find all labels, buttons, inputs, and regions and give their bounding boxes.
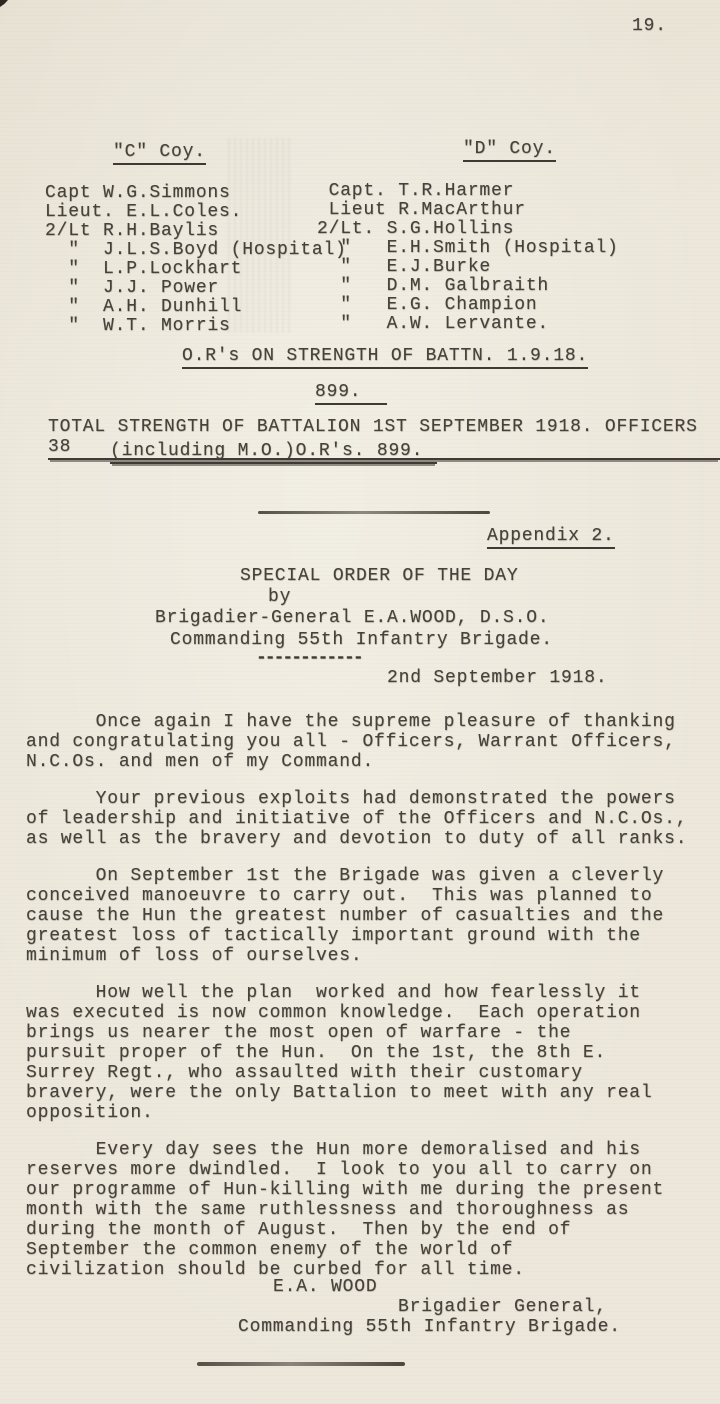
signature-unit: Commanding 55th Infantry Brigade.	[238, 1317, 621, 1337]
company-d-officer-list: Capt. T.R.Harmer Lieut R.MacArthur 2/Lt.…	[317, 182, 619, 334]
or-strength-total: 899.	[315, 382, 387, 405]
order-author-command: Commanding 55th Infantry Brigade.	[170, 630, 553, 650]
order-paragraph-5: Every day sees the Hun more demoralised …	[26, 1140, 716, 1280]
order-date: 2nd September 1918.	[387, 668, 607, 688]
order-paragraph-2: Your previous exploits had demonstrated …	[26, 789, 716, 849]
signature-name: E.A. WOOD	[273, 1277, 377, 1297]
section-divider-rule	[258, 511, 490, 514]
or-strength-heading: O.R's ON STRENGTH OF BATTN. 1.9.18.	[182, 346, 588, 369]
order-title-by: by	[268, 587, 291, 607]
order-paragraph-4: How well the plan worked and how fearles…	[26, 983, 716, 1123]
scan-corner-artifact	[0, 0, 8, 7]
company-c-title: "C" Coy.	[113, 142, 206, 165]
scanned-document-page: 19. "C" Coy. Capt W.G.Simmons Lieut. E.L…	[0, 0, 720, 1404]
page-number: 19.	[632, 16, 667, 36]
appendix-label: Appendix 2.	[487, 526, 615, 549]
company-d-heading: "D" Coy.	[463, 139, 556, 162]
order-paragraph-3: On September 1st the Brigade was given a…	[26, 866, 716, 966]
order-paragraph-1: Once again I have the supreme pleasure o…	[26, 712, 716, 772]
title-underline-dashes: ------------	[256, 648, 362, 668]
company-c-heading: "C" Coy.	[113, 142, 206, 165]
company-d-title: "D" Coy.	[463, 139, 556, 162]
order-title: SPECIAL ORDER OF THE DAY	[240, 566, 518, 586]
order-body: Once again I have the supreme pleasure o…	[26, 712, 716, 1297]
total-strength-line2: (including M.O.)O.R's. 899.	[110, 441, 437, 464]
signature-rank: Brigadier General,	[398, 1297, 607, 1317]
company-c-officer-list: Capt W.G.Simmons Lieut. E.L.Coles. 2/Lt …	[45, 184, 347, 336]
bottom-rule	[197, 1362, 405, 1366]
order-author: Brigadier-General E.A.WOOD, D.S.O.	[155, 608, 549, 628]
